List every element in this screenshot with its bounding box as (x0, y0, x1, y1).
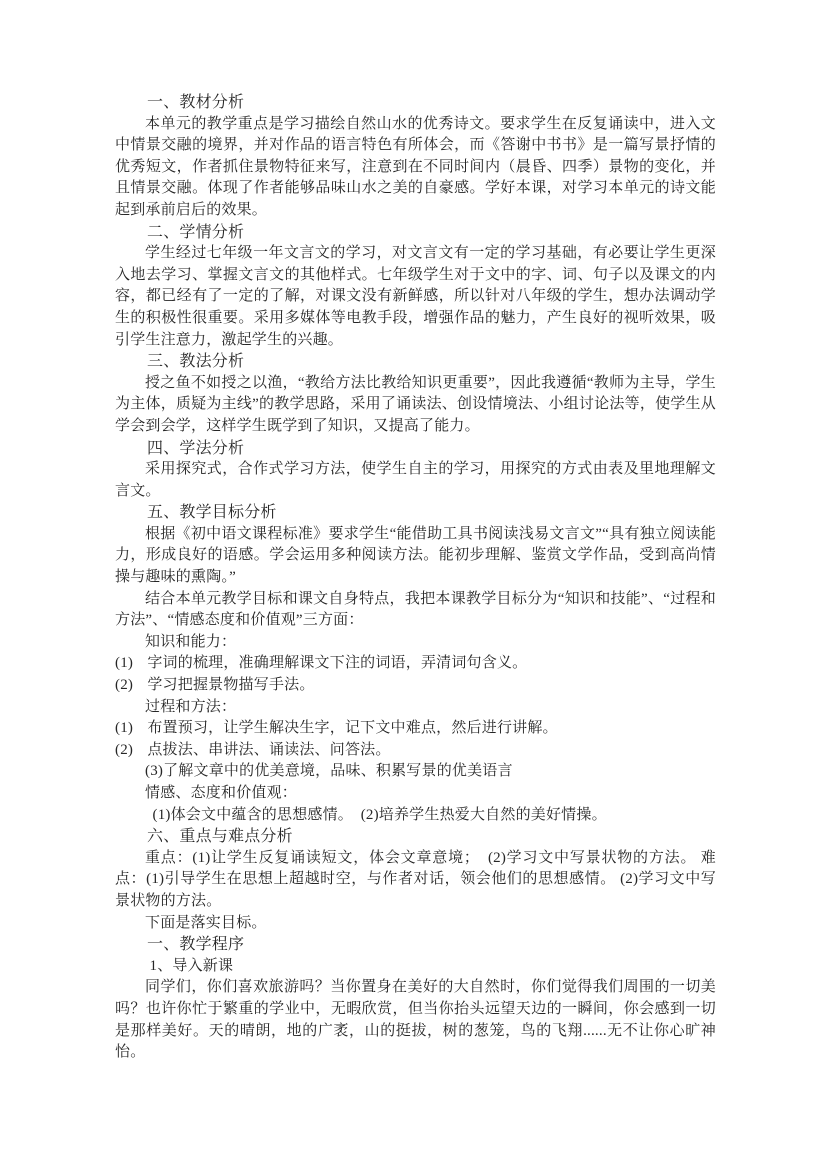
document-page: 一、教材分析 本单元的教学重点是学习描绘自然山水的优秀诗文。要求学生在反复诵读中… (115, 92, 716, 1064)
list-item-3: (3)了解文章中的优美意境，品味、积累写景的优美语言 (115, 761, 716, 783)
section-heading-objectives: 五、教学目标分析 (115, 502, 716, 524)
section-heading-material-analysis: 一、教材分析 (115, 92, 716, 114)
label-process-method: 过程和方法： (115, 697, 716, 719)
list-item-text: 学习把握景物描写手法。 (147, 677, 314, 693)
list-item-text: 字词的梳理，准确理解课文下注的词语，弄清词句含义。 (147, 655, 527, 671)
paragraph-teaching-method: 授之鱼不如授之以渔，“教给方法比教给知识更重要”，因此我遵循“教师为主导，学生为… (115, 373, 716, 438)
paragraph-curriculum-standard: 根据《初中语文课程标准》要求学生“能借助工具书阅读浅易文言文”“具有独立阅读能力… (115, 524, 716, 589)
label-knowledge-ability: 知识和能力： (115, 632, 716, 654)
list-item: (2)学习把握景物描写手法。 (115, 675, 716, 697)
paragraph-lesson-introduction: 同学们，你们喜欢旅游吗？当你置身在美好的大自然时，你们觉得我们周围的一切美吗？也… (115, 977, 716, 1063)
list-item: (1)字词的梳理，准确理解课文下注的词语，弄清词句含义。 (115, 653, 716, 675)
section-heading-learning-method: 四、学法分析 (115, 438, 716, 460)
list-item: (1)布置预习，让学生解决生字，记下文中难点，然后进行讲解。 (115, 718, 716, 740)
list-marker: (2) (115, 675, 133, 697)
paragraph-learner-analysis: 学生经过七年级一年文言文的学习，对文言文有一定的学习基础，有必要让学生更深入地去… (115, 243, 716, 351)
list-marker: (1) (115, 653, 133, 675)
list-item: (2)点拔法、串讲法、诵读法、问答法。 (115, 740, 716, 762)
paragraph-key-difficult: 重点：(1)让学生反复诵读短文，体会文章意境； (2)学习文中写景状物的方法。 … (115, 848, 716, 913)
paragraph-objectives-intro: 结合本单元教学目标和课文自身特点，我把本课教学目标分为“知识和技能”、“过程和方… (115, 589, 716, 632)
subheading-lesson-introduction: 1、导入新课 (115, 956, 716, 978)
section-heading-teaching-procedure: 一、教学程序 (115, 934, 716, 956)
list-item-text: 布置预习，让学生解决生字，记下文中难点，然后进行讲解。 (147, 720, 557, 736)
inline-list-items: (1)体会文中蕴含的思想感情。 (2)培养学生热爱大自然的美好情操。 (115, 805, 716, 827)
section-heading-teaching-method: 三、教法分析 (115, 351, 716, 373)
list-item-text: 点拔法、串讲法、诵读法、问答法。 (147, 742, 390, 758)
list-marker: (1) (115, 718, 133, 740)
paragraph-goal-transition: 下面是落实目标。 (115, 913, 716, 935)
section-heading-key-difficult: 六、重点与难点分析 (115, 826, 716, 848)
section-heading-learner-analysis: 二、学情分析 (115, 222, 716, 244)
paragraph-material-analysis: 本单元的教学重点是学习描绘自然山水的优秀诗文。要求学生在反复诵读中，进入文中情景… (115, 114, 716, 222)
paragraph-learning-method: 采用探究式，合作式学习方法，使学生自主的学习，用探究的方式由表及里地理解文言文。 (115, 459, 716, 502)
list-marker: (2) (115, 740, 133, 762)
label-emotion-attitude-values: 情感、态度和价值观： (115, 783, 716, 805)
